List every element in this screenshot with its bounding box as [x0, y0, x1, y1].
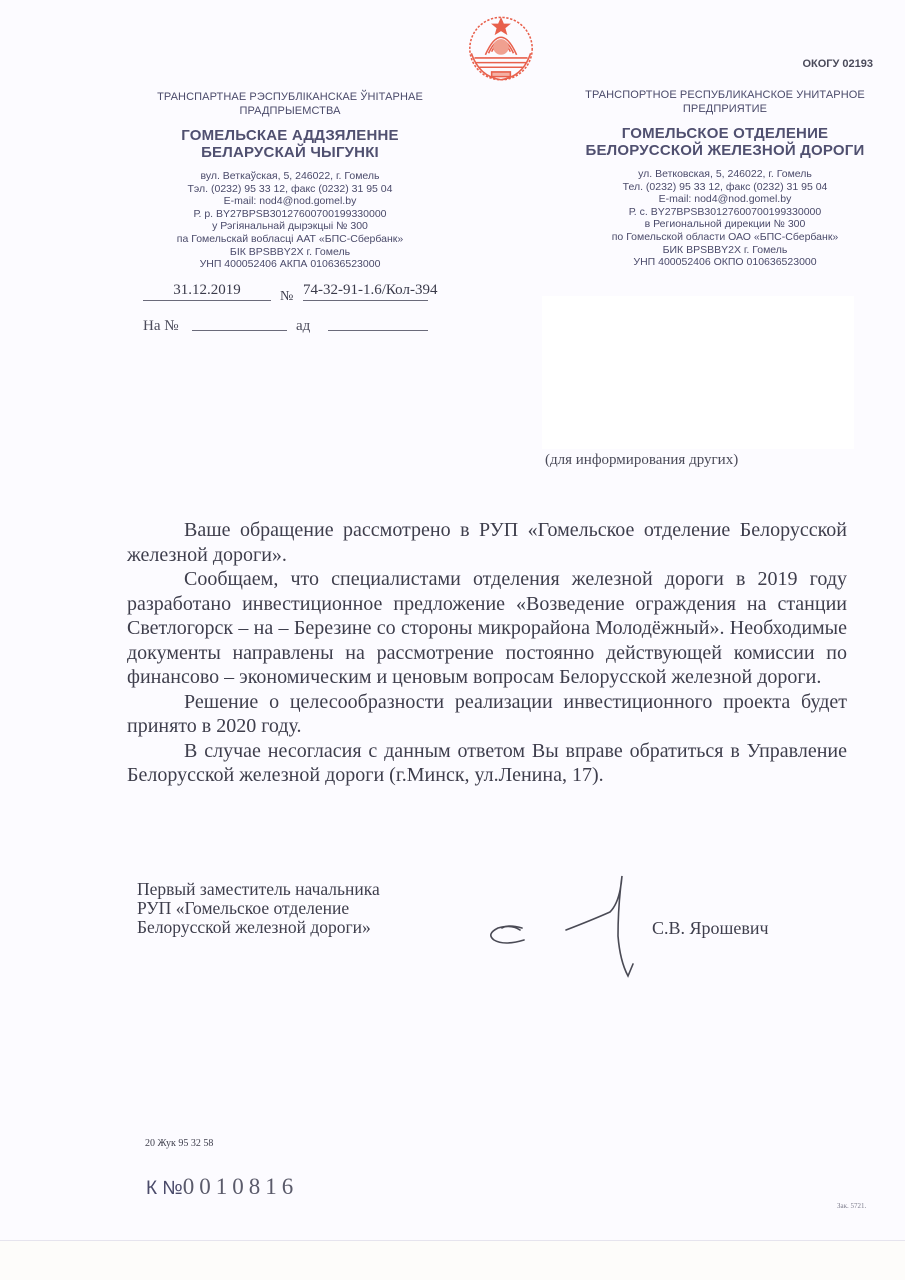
- email: E-mail: nod4@nod.gomel.by: [560, 193, 890, 206]
- signer-name: С.В. Ярошевич: [652, 918, 769, 939]
- recipient-redacted-block: [542, 296, 854, 449]
- enterprise-type: ТРАНСПОРТНОЕ РЕСПУБЛИКАНСКОЕ УНИТАРНОЕ П…: [560, 88, 890, 116]
- executor-info: 20 Жук 95 32 58: [145, 1138, 213, 1149]
- email: E-mail: nod4@nod.gomel.by: [130, 195, 450, 208]
- letter-body: Ваше обращение рассмотрено в РУП «Гомель…: [127, 518, 847, 788]
- reply-to-number-blank: [192, 330, 287, 331]
- okogu-code: ОКОГУ 02193: [802, 58, 873, 70]
- letter-page: ОКОГУ 02193 ТРАНСПАРТНАЕ РЭСПУБЛІКАНСКАЕ…: [0, 0, 905, 1240]
- bank-account: Р. р. BY27BPSB30127600700199330000: [130, 208, 450, 221]
- letterhead-russian: ТРАНСПОРТНОЕ РЕСПУБЛИКАНСКОЕ УНИТАРНОЕ П…: [560, 88, 890, 269]
- org-line-2: БЕЛАРУСКАЙ ЧЫГУНКІ: [130, 144, 450, 161]
- outgoing-date: 31.12.2019: [143, 282, 271, 301]
- bic: БИК BPSBBY2X г. Гомель: [560, 244, 890, 257]
- signatory-position: Первый заместитель начальника РУП «Гомел…: [137, 880, 380, 937]
- enterprise-type: ТРАНСПАРТНАЕ РЭСПУБЛІКАНСКАЕ ЎНІТАРНАЕ П…: [130, 90, 450, 118]
- position-line-1: Первый заместитель начальника: [137, 880, 380, 899]
- body-paragraph: Решение о целесообразности реализации ин…: [127, 690, 847, 739]
- bank-name: по Гомельской области ОАО «БПС-Сбербанк»: [560, 231, 890, 244]
- serial-prefix: К №: [146, 1178, 183, 1199]
- tax-ids: УНП 400052406 АКПА 010636523000: [130, 258, 450, 271]
- address: вул. Веткаўская, 5, 246022, г. Гомель: [130, 170, 450, 183]
- outgoing-number: 74-32-91-1.6/Кол-394: [303, 282, 428, 301]
- reply-date-label: ад: [296, 318, 310, 335]
- scanner-margin: [0, 1240, 905, 1280]
- handwritten-signature-icon: [480, 872, 650, 992]
- org-details: ул. Ветковская, 5, 246022, г. Гомель Тел…: [560, 168, 890, 269]
- organization-name: ГОМЕЛЬСКОЕ ОТДЕЛЕНИЕ БЕЛОРУССКОЙ ЖЕЛЕЗНО…: [560, 125, 890, 159]
- body-paragraph: Сообщаем, что специалистами отделения же…: [127, 567, 847, 690]
- serial-digits: 0010816: [183, 1174, 299, 1199]
- org-details: вул. Веткаўская, 5, 246022, г. Гомель Тэ…: [130, 170, 450, 271]
- outgoing-number-label: №: [280, 289, 293, 305]
- position-line-3: Белорусской железной дороги»: [137, 918, 380, 937]
- phone-fax: Тел. (0232) 95 33 12, факс (0232) 31 95 …: [560, 181, 890, 194]
- org-line-1: ГОМЕЛЬСКОЕ ОТДЕЛЕНИЕ: [560, 125, 890, 142]
- body-paragraph: В случае несогласия с данным ответом Вы …: [127, 739, 847, 788]
- bank-directorate: в Региональной дирекции № 300: [560, 218, 890, 231]
- address: ул. Ветковская, 5, 246022, г. Гомель: [560, 168, 890, 181]
- reply-date-blank: [328, 330, 428, 331]
- letterhead-belarusian: ТРАНСПАРТНАЕ РЭСПУБЛІКАНСКАЕ ЎНІТАРНАЕ П…: [130, 90, 450, 271]
- body-paragraph: Ваше обращение рассмотрено в РУП «Гомель…: [127, 518, 847, 567]
- bank-account: Р. с. BY27BPSB30127600700199330000: [560, 206, 890, 219]
- print-order-number: Зак. 5721.: [837, 1202, 866, 1210]
- org-line-1: ГОМЕЛЬСКАЕ АДДЗЯЛЕННЕ: [130, 127, 450, 144]
- organization-name: ГОМЕЛЬСКАЕ АДДЗЯЛЕННЕ БЕЛАРУСКАЙ ЧЫГУНКІ: [130, 127, 450, 161]
- form-serial-number: К №0010816: [146, 1174, 298, 1200]
- belarus-emblem-icon: [462, 8, 540, 86]
- bank-directorate: у Рэгіянальнай дырэкцыі № 300: [130, 220, 450, 233]
- bic: БІК BPSBBY2X г. Гомель: [130, 246, 450, 259]
- org-line-2: БЕЛОРУССКОЙ ЖЕЛЕЗНОЙ ДОРОГИ: [560, 142, 890, 159]
- phone-fax: Тэл. (0232) 95 33 12, факс (0232) 31 95 …: [130, 183, 450, 196]
- recipient-note: (для информирования других): [545, 452, 738, 469]
- position-line-2: РУП «Гомельское отделение: [137, 899, 380, 918]
- reply-to-label: На №: [143, 318, 179, 335]
- bank-name: па Гомельскай вобласці ААТ «БПС-Сбербанк…: [130, 233, 450, 246]
- tax-ids: УНП 400052406 ОКПО 010636523000: [560, 256, 890, 269]
